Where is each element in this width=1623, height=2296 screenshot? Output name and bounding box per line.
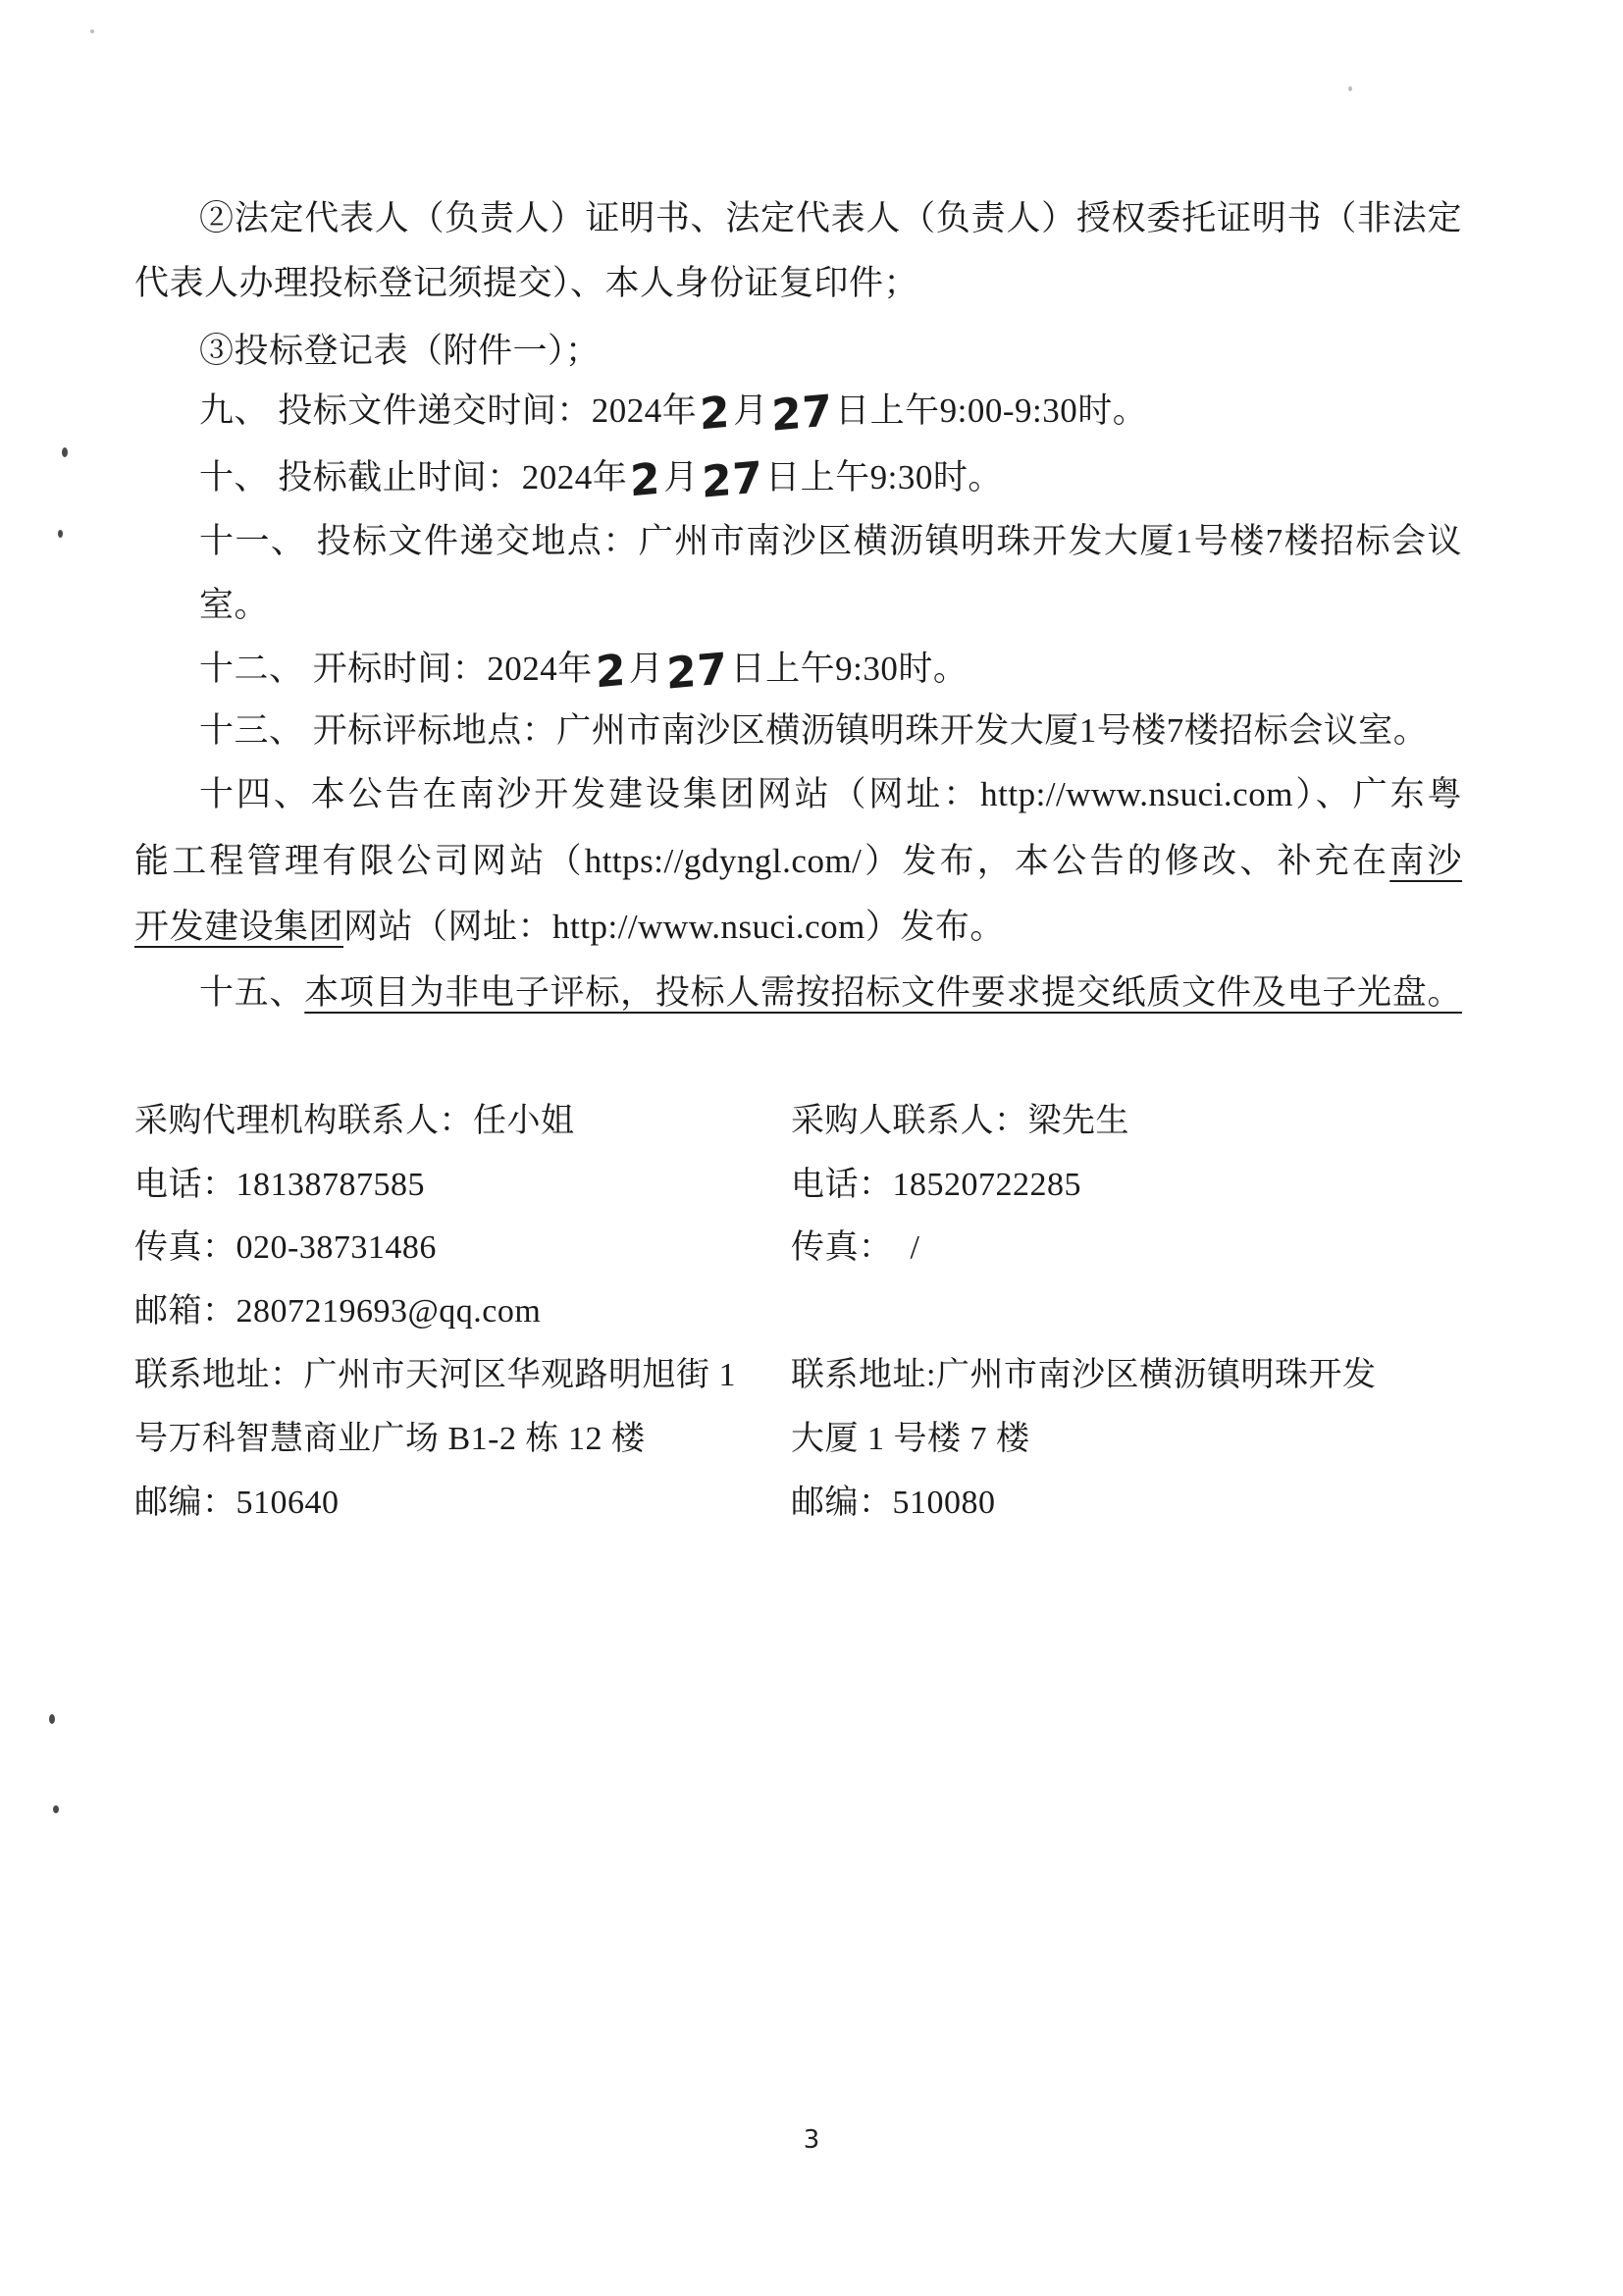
- purchaser-phone: 电话：18520722285: [791, 1164, 1081, 1207]
- ink-speck: [62, 447, 68, 457]
- ink-speck: [90, 29, 94, 33]
- agency-contact-person: 采购代理机构联系人：任小姐: [134, 1100, 575, 1143]
- handwritten-month: 2: [700, 391, 731, 438]
- agency-address-line2: 号万科智慧商业广场 B1-2 栋 12 楼: [134, 1418, 646, 1461]
- line-submission-time: 九、 投标文件递交时间：2024年2月27日上午9:00-9:30时。: [134, 389, 1462, 436]
- item-number: 十五、: [199, 973, 304, 1012]
- deadline-text: 十、 投标截止时间：2024年: [199, 458, 627, 496]
- announcement-text-end: 网站（网址：http://www.nsuci.com）发布。: [343, 908, 1005, 946]
- opening-time-suffix: 日上午9:30时。: [731, 650, 969, 688]
- purchaser-address-line1: 联系地址:广州市南沙区横沥镇明珠开发: [791, 1354, 1376, 1397]
- handwritten-month: 2: [595, 650, 626, 696]
- purchaser-zip: 邮编：510080: [791, 1482, 996, 1525]
- purchaser-contact-person: 采购人联系人：梁先生: [791, 1100, 1129, 1143]
- handwritten-month: 2: [630, 458, 661, 504]
- month-unit: 月: [629, 650, 664, 688]
- line-opening-place: 十三、 开标评标地点：广州市南沙区横沥镇明珠开发大厦1号楼7楼招标会议室。: [134, 708, 1462, 754]
- agency-email: 邮箱：2807219693@qq.com: [134, 1290, 541, 1333]
- line-submission-place-continuation: 室。: [134, 583, 1462, 628]
- submission-time-text: 九、 投标文件递交时间：2024年: [199, 391, 697, 430]
- purchaser-address-line2: 大厦 1 号楼 7 楼: [791, 1418, 1030, 1461]
- line-opening-time: 十二、 开标时间：2024年2月27日上午9:30时。: [134, 647, 1462, 694]
- ink-speck: [1348, 86, 1352, 91]
- deadline-suffix: 日上午9:30时。: [765, 458, 1003, 496]
- handwritten-day: 27: [771, 390, 833, 439]
- line-legal-rep-certificates: ②法定代表人（负责人）证明书、法定代表人（负责人）授权委托证明书（非法定: [134, 196, 1462, 241]
- agency-fax: 传真：020-38731486: [134, 1226, 437, 1270]
- announcement-text: 能工程管理有限公司网站（https://gdyngl.com/）发布，本公告的修…: [134, 842, 1389, 880]
- submission-time-suffix: 日上午9:00-9:30时。: [835, 391, 1147, 430]
- line-announcement-websites-2: 能工程管理有限公司网站（https://gdyngl.com/）发布，本公告的修…: [134, 839, 1462, 884]
- handwritten-day: 27: [666, 648, 728, 697]
- line-announcement-websites-3: 开发建设集团网站（网址：http://www.nsuci.com）发布。: [134, 905, 1462, 950]
- page-number: 3: [0, 2125, 1623, 2155]
- ink-speck: [53, 1805, 59, 1813]
- underlined-nansha: 南沙: [1389, 842, 1462, 880]
- purchaser-fax: 传真： /: [791, 1226, 919, 1270]
- line-registration-form: ③投标登记表（附件一）；: [134, 329, 1462, 374]
- ink-speck: [49, 1714, 55, 1724]
- agency-zip: 邮编：510640: [134, 1482, 340, 1525]
- line-legal-rep-continuation: 代表人办理投标登记须提交）、本人身份证复印件；: [134, 261, 1462, 306]
- line-paper-bid-notice: 十五、本项目为非电子评标，投标人需按招标文件要求提交纸质文件及电子光盘。: [134, 970, 1462, 1016]
- underlined-group-name: 开发建设集团: [134, 908, 343, 946]
- document-page: ②法定代表人（负责人）证明书、法定代表人（负责人）授权委托证明书（非法定 代表人…: [0, 0, 1623, 2296]
- month-unit: 月: [663, 458, 699, 496]
- line-submission-place: 十一、 投标文件递交地点：广州市南沙区横沥镇明珠开发大厦1号楼7楼招标会议: [134, 519, 1462, 564]
- agency-address-line1: 联系地址：广州市天河区华观路明旭街 1: [134, 1354, 736, 1397]
- opening-time-text: 十二、 开标时间：2024年: [199, 650, 593, 688]
- line-announcement-websites: 十四、本公告在南沙开发建设集团网站（网址：http://www.nsuci.co…: [134, 772, 1462, 817]
- handwritten-day: 27: [702, 456, 763, 505]
- month-unit: 月: [733, 391, 768, 430]
- underlined-paper-bid: 本项目为非电子评标，投标人需按招标文件要求提交纸质文件及电子光盘。: [304, 973, 1462, 1012]
- agency-phone: 电话：18138787585: [134, 1164, 425, 1207]
- ink-speck: [58, 530, 63, 538]
- line-bid-deadline: 十、 投标截止时间：2024年2月27日上午9:30时。: [134, 455, 1462, 502]
